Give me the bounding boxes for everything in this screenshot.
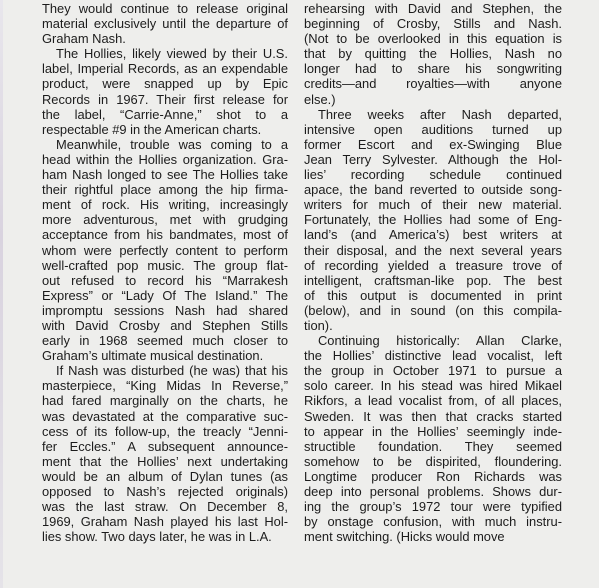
text-line: Sweden. It was then that cracks started	[304, 409, 562, 424]
text-line: was devastated at the comparative suc-	[42, 409, 288, 424]
text-line: fer Eccles.” A subsequent announce-	[42, 439, 288, 454]
text-line: their rightful place among the hip firma…	[42, 182, 288, 197]
text-line: had fared marginally on the charts, he	[42, 393, 288, 408]
text-line: Records in 1967. Their first release for	[42, 92, 288, 107]
paragraph: Three weeks after Nash departed,intensiv…	[304, 107, 562, 333]
text-line: intelligent, craftsman-like pop. The bes…	[304, 273, 562, 288]
text-line: else.)	[304, 92, 562, 107]
right-text-column: rehearsing with David and Stephen, thebe…	[304, 1, 562, 544]
text-line: former Escort and ex-Swinging Blue	[304, 137, 562, 152]
text-line: The Hollies, likely viewed by their U.S.	[42, 46, 288, 61]
paragraph: They would continue to release originalm…	[42, 1, 288, 46]
text-line: the Hollies’ distinctive lead vocalist, …	[304, 348, 562, 363]
paragraph: Continuing historically: Allan Clarke,th…	[304, 333, 562, 544]
text-line: the label, “Carrie-Anne,” shot to a	[42, 107, 288, 122]
page-edge-shadow	[0, 0, 3, 588]
text-line: head within the Hollies organization. Gr…	[42, 152, 288, 167]
text-line: If Nash was disturbed (he was) that his	[42, 363, 288, 378]
text-line: would be an album of Dylan tunes (as	[42, 469, 288, 484]
paragraph: The Hollies, likely viewed by their U.S.…	[42, 46, 288, 137]
text-line: structible foundation. They seemed	[304, 439, 562, 454]
text-line: ing the group’s 1972 tour were typified	[304, 499, 562, 514]
text-line: of this output is documented in print	[304, 288, 562, 303]
text-line: Fortunately, the Hollies had some of Eng…	[304, 212, 562, 227]
text-line: Rikfors, a lead vocalist from, of all pl…	[304, 393, 562, 408]
text-line: land’s (and America’s) best writers at	[304, 227, 562, 242]
text-line: credits—and royalties—with anyone	[304, 76, 562, 91]
text-line: Jean Terry Sylvester. Although the Hol-	[304, 152, 562, 167]
text-line: cess of its follow-up, the treacly “Jenn…	[42, 424, 288, 439]
text-line: solo career. In his stead was hired Mika…	[304, 378, 562, 393]
text-line: to appear in the Hollies’ seemingly inde…	[304, 424, 562, 439]
text-line: Graham’s ultimate musical destination.	[42, 348, 288, 363]
text-line: apace, the band reverted to outside song…	[304, 182, 562, 197]
paragraph: rehearsing with David and Stephen, thebe…	[304, 1, 562, 107]
text-line: ment of rock. His writing, increasingly	[42, 197, 288, 212]
text-line: whom were perfectly content to perform	[42, 243, 288, 258]
text-line: (below), and in sound (on this compila-	[304, 303, 562, 318]
text-line: respectable #9 in the American charts.	[42, 122, 288, 137]
text-line: material exclusively until the departure…	[42, 16, 288, 31]
paragraph: If Nash was disturbed (he was) that hism…	[42, 363, 288, 544]
text-line: the group in October 1971 to pursue a	[304, 363, 562, 378]
text-line: tion).	[304, 318, 562, 333]
text-line: longer had to share his songwriting	[304, 61, 562, 76]
text-line: of recording yielded a treasure trove of	[304, 258, 562, 273]
text-line: opposed to Nash’s rejected originals)	[42, 484, 288, 499]
text-line: deep into personal problems. Shows dur-	[304, 484, 562, 499]
text-line: writers for much of their new material.	[304, 197, 562, 212]
left-text-column: They would continue to release originalm…	[42, 1, 288, 544]
text-line: 1969, Graham Nash played his last Hol-	[42, 514, 288, 529]
text-line: out refused to record his “Marrakesh	[42, 273, 288, 288]
text-line: ham Nash longed to see The Hollies take	[42, 167, 288, 182]
text-line: rehearsing with David and Stephen, the	[304, 1, 562, 16]
paragraph: Meanwhile, trouble was coming to ahead w…	[42, 137, 288, 363]
text-line: Continuing historically: Allan Clarke,	[304, 333, 562, 348]
text-line: intensive open auditions turned up	[304, 122, 562, 137]
text-line: (Not to be overlooked in this equation i…	[304, 31, 562, 46]
text-line: by onstage confusion, with much instru-	[304, 514, 562, 529]
text-line: that by quitting the Hollies, Nash no	[304, 46, 562, 61]
text-line: ment that the Hollies’ next undertaking	[42, 454, 288, 469]
text-line: their disposal, and the next several yea…	[304, 243, 562, 258]
text-line: well-crafted pop music. The group flat-	[42, 258, 288, 273]
text-line: Graham Nash.	[42, 31, 288, 46]
text-line: lies’ recording schedule continued	[304, 167, 562, 182]
text-line: Longtime producer Ron Richards was	[304, 469, 562, 484]
text-line: Meanwhile, trouble was coming to a	[42, 137, 288, 152]
text-line: masterpiece, “King Midas In Reverse,”	[42, 378, 288, 393]
text-line: acceptance from his bandmates, most of	[42, 227, 288, 242]
text-line: Express” or “Lady Of The Island.” The	[42, 288, 288, 303]
text-line: ment switching. (Hicks would move	[304, 529, 562, 544]
liner-notes-page: They would continue to release originalm…	[0, 0, 599, 588]
text-line: somehow to be dispirited, floundering.	[304, 454, 562, 469]
text-line: early in 1968 seemed much closer to	[42, 333, 288, 348]
text-line: label, Imperial Records, as an expendabl…	[42, 61, 288, 76]
text-line: was the last straw. On December 8,	[42, 499, 288, 514]
text-line: They would continue to release original	[42, 1, 288, 16]
text-line: lies show. Two days later, he was in L.A…	[42, 529, 288, 544]
text-line: with David Crosby and Stephen Stills	[42, 318, 288, 333]
text-line: more adventurous, met with grudging	[42, 212, 288, 227]
text-line: Three weeks after Nash departed,	[304, 107, 562, 122]
text-line: beginning of Crosby, Stills and Nash.	[304, 16, 562, 31]
text-line: product, were snapped up by Epic	[42, 76, 288, 91]
text-line: impromptu sessions Nash had shared	[42, 303, 288, 318]
